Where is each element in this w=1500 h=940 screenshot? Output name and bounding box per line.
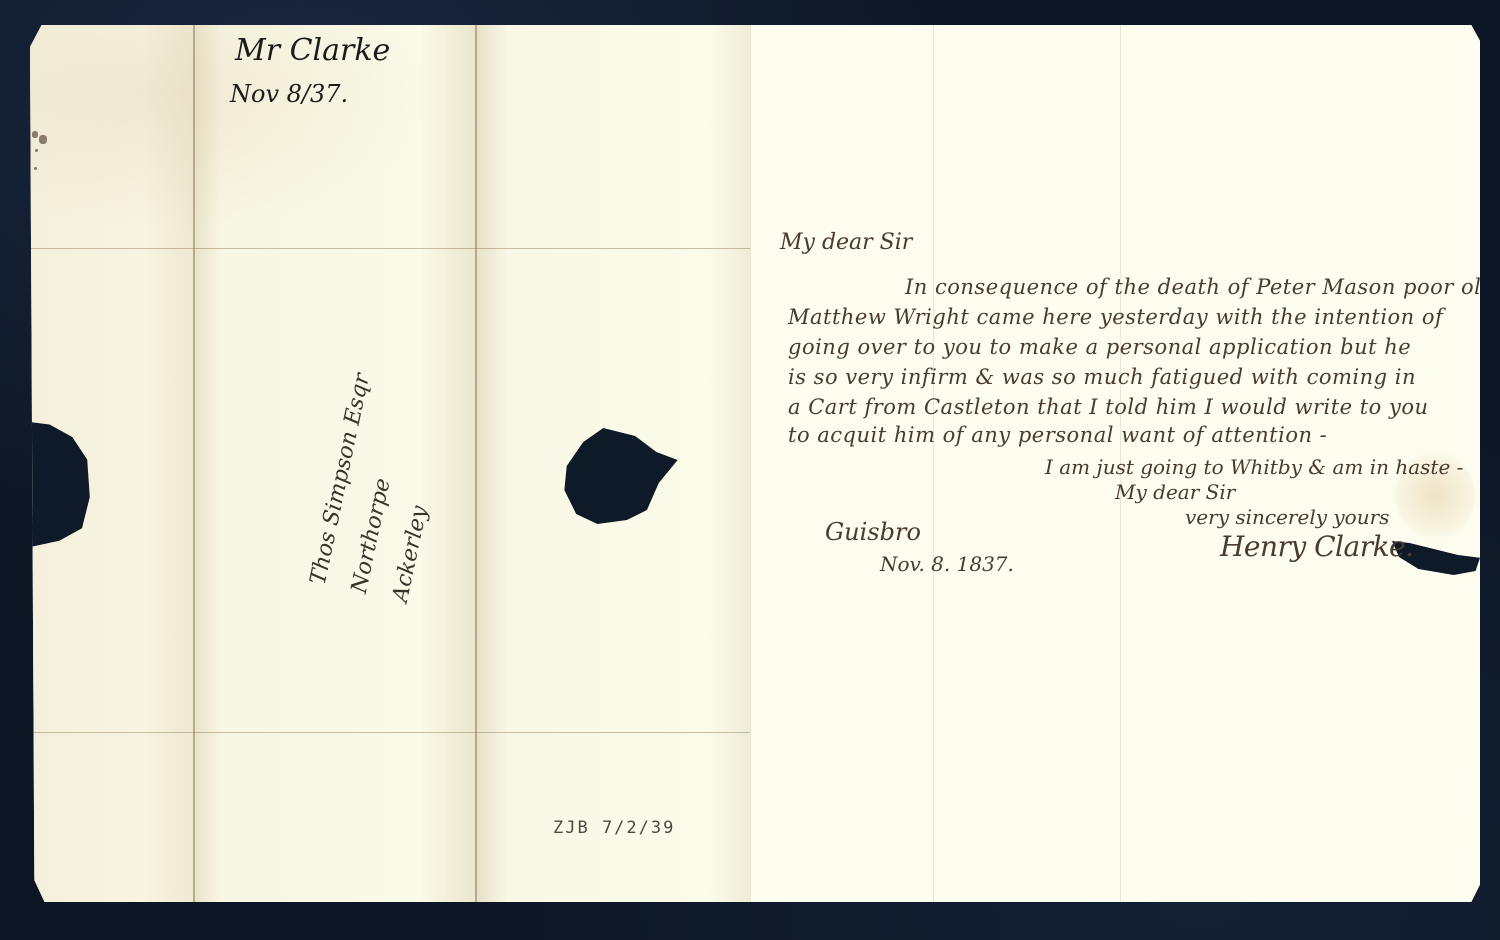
docket-date: Nov 8/37. [230,80,348,108]
ink-specks [30,129,60,189]
closing-phrase: very sincerely yours [1185,505,1389,529]
body-line: is so very infirm & was so much fatigued… [788,365,1416,389]
salutation: My dear Sir [780,230,912,255]
fold-line [750,25,751,902]
signature: Henry Clarke. [1220,530,1414,563]
docket-name: Mr Clarke [235,33,390,68]
body-line: a Cart from Castleton that I told him I … [788,395,1429,419]
body-line: In consequence of the death of Peter Mas… [905,275,1480,299]
place-of-writing: Guisbro [825,518,921,546]
letter-date: Nov. 8. 1837. [880,552,1014,576]
body-line: going over to you to make a personal app… [788,335,1411,359]
fold-line [30,732,750,733]
postscript: I am just going to Whitby & am in haste … [1045,455,1463,479]
body-line: Matthew Wright came here yesterday with … [788,305,1443,329]
closing-salutation: My dear Sir [1115,480,1235,504]
fold-line [30,248,750,249]
archive-reference: ZJB 7/2/39 [553,818,675,838]
body-line: to acquit him of any personal want of at… [788,423,1327,447]
fold-line [475,25,477,902]
fold-line [933,25,934,902]
fold-line [193,25,195,902]
letter-sheet: Mr Clarke Nov 8/37. Thos Simpson Esqr No… [30,25,1480,902]
